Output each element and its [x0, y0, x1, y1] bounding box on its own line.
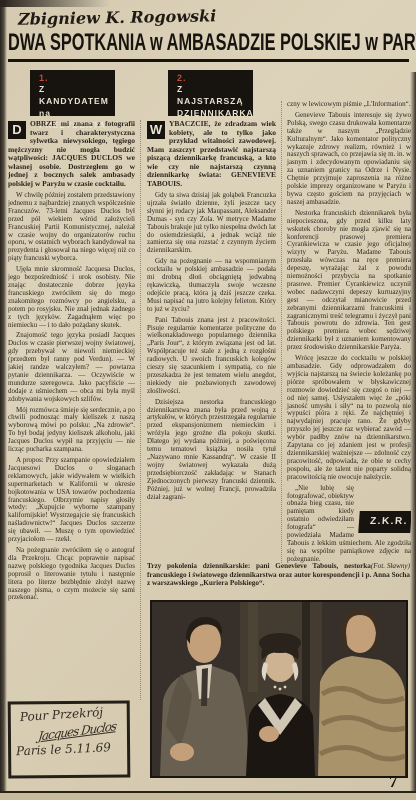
paragraph: Na pożegnanie zwróciłem się o autograf d…: [8, 547, 135, 602]
paragraph: Wrócę jeszcze do cocktailu w polskiej am…: [287, 355, 411, 482]
section-number: 1.: [39, 73, 115, 83]
section-number: 2.: [177, 73, 253, 83]
page-edge-left: [0, 0, 7, 800]
duclos-autograph-box: Pour Przekrój Jacques Duclos Paris le 5.…: [8, 700, 131, 778]
paragraph: Znajomość tego języka posiadł Jacques Du…: [8, 332, 135, 403]
paragraph: Gdy ta siwa dzisiaj jak gołąbek Francuzk…: [147, 192, 276, 255]
photo-caption: (Fot. Sławny) Trzy pokolenia dziennikars…: [147, 562, 410, 588]
photo-credit: (Fot. Sławny): [371, 562, 410, 571]
paragraph: Z.K.R.„Nie lubię się fotografować, obiek…: [287, 485, 411, 563]
section-box-journalist: 2. Z NAJSTARSZĄ DZIENNIKARKĄ: [168, 70, 253, 116]
dropcap-w: W: [147, 121, 165, 139]
article-column-2: WYBACZCIE, że zdradzam wiek kobiety, ale…: [147, 120, 276, 562]
lead-paragraph: WYBACZCIE, że zdradzam wiek kobiety, ale…: [147, 120, 276, 188]
headline-rule: [8, 59, 409, 62]
lead-text: OBRZE mi znana z fotografii twarz i char…: [8, 120, 135, 188]
section-title-line2: DZIENNIKARKĄ: [177, 107, 253, 119]
dropcap-d: D: [8, 121, 26, 139]
headline-text: DWA SPOTKANIA w AMBASADZIE POLSKIEJ w PA…: [8, 29, 416, 56]
page-edge-bottom: [0, 791, 416, 800]
paragraph: A propos: Przy szampanie opowiedziałem J…: [8, 457, 135, 544]
section-title-line1: Z NAJSTARSZĄ: [177, 83, 253, 107]
paragraph: Genevieve Tabouis interesuje się żywo Po…: [287, 112, 411, 207]
paragraph: Pani Tabouis znana jest z pracowitości. …: [147, 317, 276, 396]
autograph-place-date: Paris le 5.11.69: [16, 740, 123, 759]
paragraph: Gdy na pożegnanie — na wspomnianym cockt…: [147, 258, 276, 313]
section-title-line1: Z KANDYDATEM: [39, 83, 115, 107]
paragraph: Dzisiejsza nestorka francuskiego dzienni…: [147, 399, 276, 502]
article-column-3: czny w lewicowym piśmie „L'Information“.…: [281, 101, 411, 563]
page-edge-top: [0, 0, 110, 7]
paragraph: czny w lewicowym piśmie „L'Information“.: [287, 101, 411, 109]
article-column-1: DOBRZE mi znana z fotografii twarz i cha…: [8, 120, 141, 700]
lead-paragraph: DOBRZE mi znana z fotografii twarz i cha…: [8, 120, 135, 188]
caption-text: Trzy pokolenia dziennikarskie: pani Gene…: [147, 562, 410, 587]
paragraph: Nestorka francuskich dziennikarek była n…: [287, 210, 411, 352]
group-photo: [150, 600, 408, 778]
photo-illustration: [152, 602, 406, 776]
author-initials-badge: Z.K.R.: [358, 511, 411, 533]
paragraph: Mój rozmówca śmieje się serdecznie, a po…: [8, 407, 135, 454]
lead-text: YBACZCIE, że zdradzam wiek kobiety, ale …: [147, 120, 276, 188]
headline: DWA SPOTKANIA w AMBASADZIE POLSKIEJ w PA…: [8, 29, 416, 57]
author-byline: Zbigniew K. Rogowski: [18, 6, 216, 28]
magazine-page: Zbigniew K. Rogowski DWA SPOTKANIA w AMB…: [0, 0, 416, 800]
paragraph: Ujęła mnie skromność Jacquesa Duclos, je…: [8, 266, 135, 329]
page-number: 7: [389, 772, 398, 792]
section-box-candidate: 1. Z KANDYDATEM na PREZYDENTA: [30, 70, 115, 116]
paragraph: W chwilę później zostałem przedstawiony …: [8, 192, 135, 263]
